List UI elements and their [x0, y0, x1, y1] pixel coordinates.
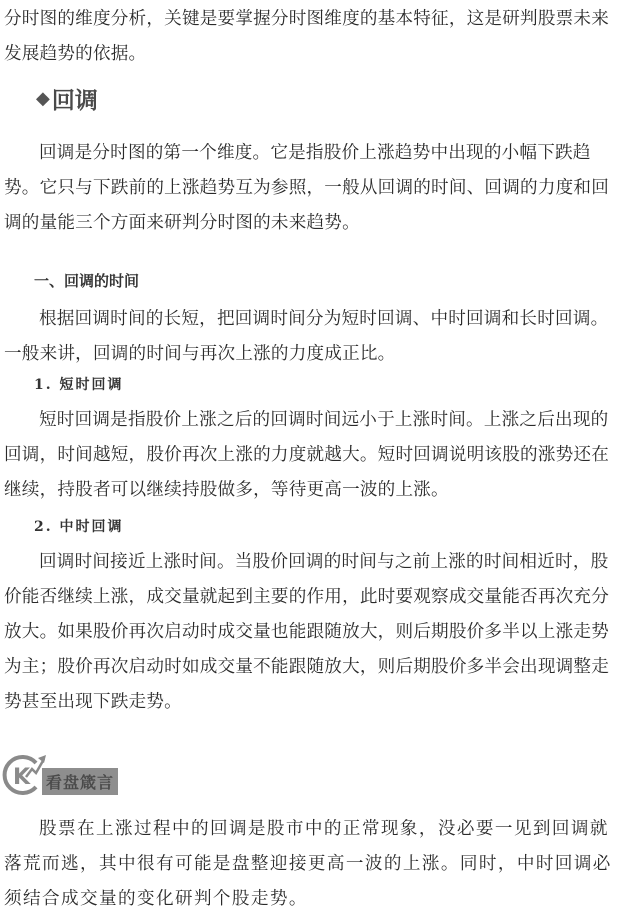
tip-body: 股票在上涨过程中的回调是股市中的正常现象，没必要一见到回调就落荒而逃，其中很有可…	[4, 812, 614, 909]
item-heading-short: 1. 短时回调	[34, 374, 124, 394]
diamond-bullet-icon: ◆	[36, 88, 50, 109]
item-body-medium: 回调时间接近上涨时间。当股价回调的时间与之前上涨的时间相近时，股价能否继续上涨，…	[4, 545, 614, 720]
subsection-heading: 一、回调的时间	[34, 270, 139, 291]
tip-logo: K 看盘箴言	[2, 750, 118, 800]
subsection-intro-paragraph: 根据回调时间的长短，把回调时间分为短时回调、中时回调和长时回调。一般来讲，回调的…	[4, 302, 614, 372]
section-intro-paragraph: 回调是分时图的第一个维度。它是指股价上涨趋势中出现的小幅下跌趋势。它只与下跌前的…	[4, 136, 614, 241]
item-body-short: 短时回调是指股价上涨之后的回调时间远小于上涨时间。上涨之后出现的回调，时间越短，…	[4, 403, 614, 508]
section-title: 回调	[52, 82, 98, 115]
k-chart-logo-icon: K	[2, 753, 46, 797]
svg-text:K: K	[13, 765, 31, 790]
item-heading-medium: 2. 中时回调	[34, 516, 124, 536]
intro-paragraph: 分时图的维度分析，关键是要掌握分时图维度的基本特征，这是研判股票未来发展趋势的依…	[4, 2, 614, 72]
tip-label: 看盘箴言	[42, 768, 118, 795]
section-heading: ◆ 回调	[36, 82, 98, 115]
